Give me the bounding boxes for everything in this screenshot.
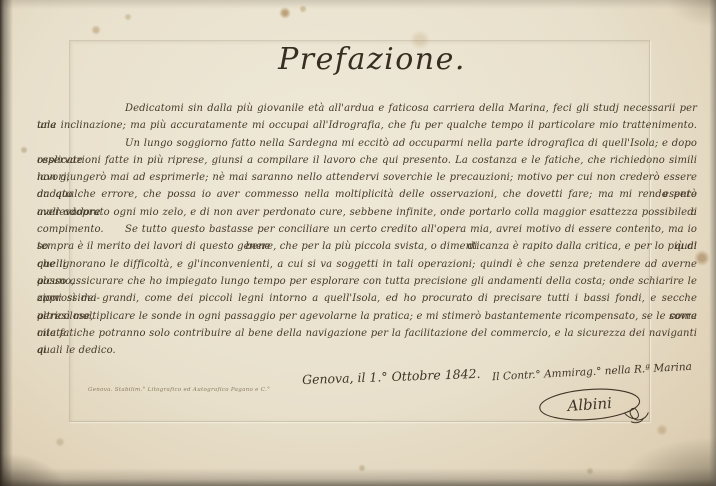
signature-oval-icon: Albini <box>536 380 657 434</box>
preface-line: Se tutto questo bastasse per conciliare … <box>37 221 697 238</box>
printer-imprint: Genova. Stabilim.° Litografico ed Autogr… <box>88 387 270 393</box>
page-title: Prefazione. <box>14 42 716 77</box>
dateline: Genova, il 1.° Ottobre 1842. <box>302 366 481 387</box>
signature-block: Albini <box>536 380 657 438</box>
preface-line: che ignorano le difficoltà, e gl'inconve… <box>37 256 697 273</box>
scanned-preface-page: Prefazione. Dedicatomi sin dalla più gio… <box>0 0 716 486</box>
preface-line: aver adoprato ogni mio zelo, e di non av… <box>37 204 697 221</box>
preface-line: altresì moltiplicare le sonde in ogni pa… <box>37 308 697 325</box>
preface-line: da qualche errore, che possa io aver com… <box>37 186 697 203</box>
preface-line: tale inclinazione; ma più accuratamente … <box>37 117 697 134</box>
preface-line: osservazioni fatte in più riprese, giuns… <box>37 152 697 169</box>
preface-line: quali le dedico. <box>37 342 697 359</box>
preface-body: Dedicatomi sin dalla più giovanile età a… <box>37 100 697 359</box>
preface-line: zioni sì dei grandi, come dei piccoli le… <box>37 290 697 307</box>
preface-line: Un lungo soggiorno fatto nella Sardegna … <box>37 135 697 152</box>
preface-line: mie fatiche potranno solo contribuire al… <box>37 325 697 342</box>
signature-name: Albini <box>565 394 613 415</box>
signature-rank-line: Il Contr.° Ammirag.° nella R.ª Marina <box>492 361 692 383</box>
preface-line: Dedicatomi sin dalla più giovanile età a… <box>37 100 697 117</box>
signature-flourish-icon <box>624 407 649 423</box>
preface-line: tempra è il merito dei lavori di questo … <box>37 238 697 255</box>
preface-line: posso assicurare che ho impiegato lungo … <box>37 273 697 290</box>
preface-line: non giungerò mai ad esprimerle; nè mai s… <box>37 169 697 186</box>
